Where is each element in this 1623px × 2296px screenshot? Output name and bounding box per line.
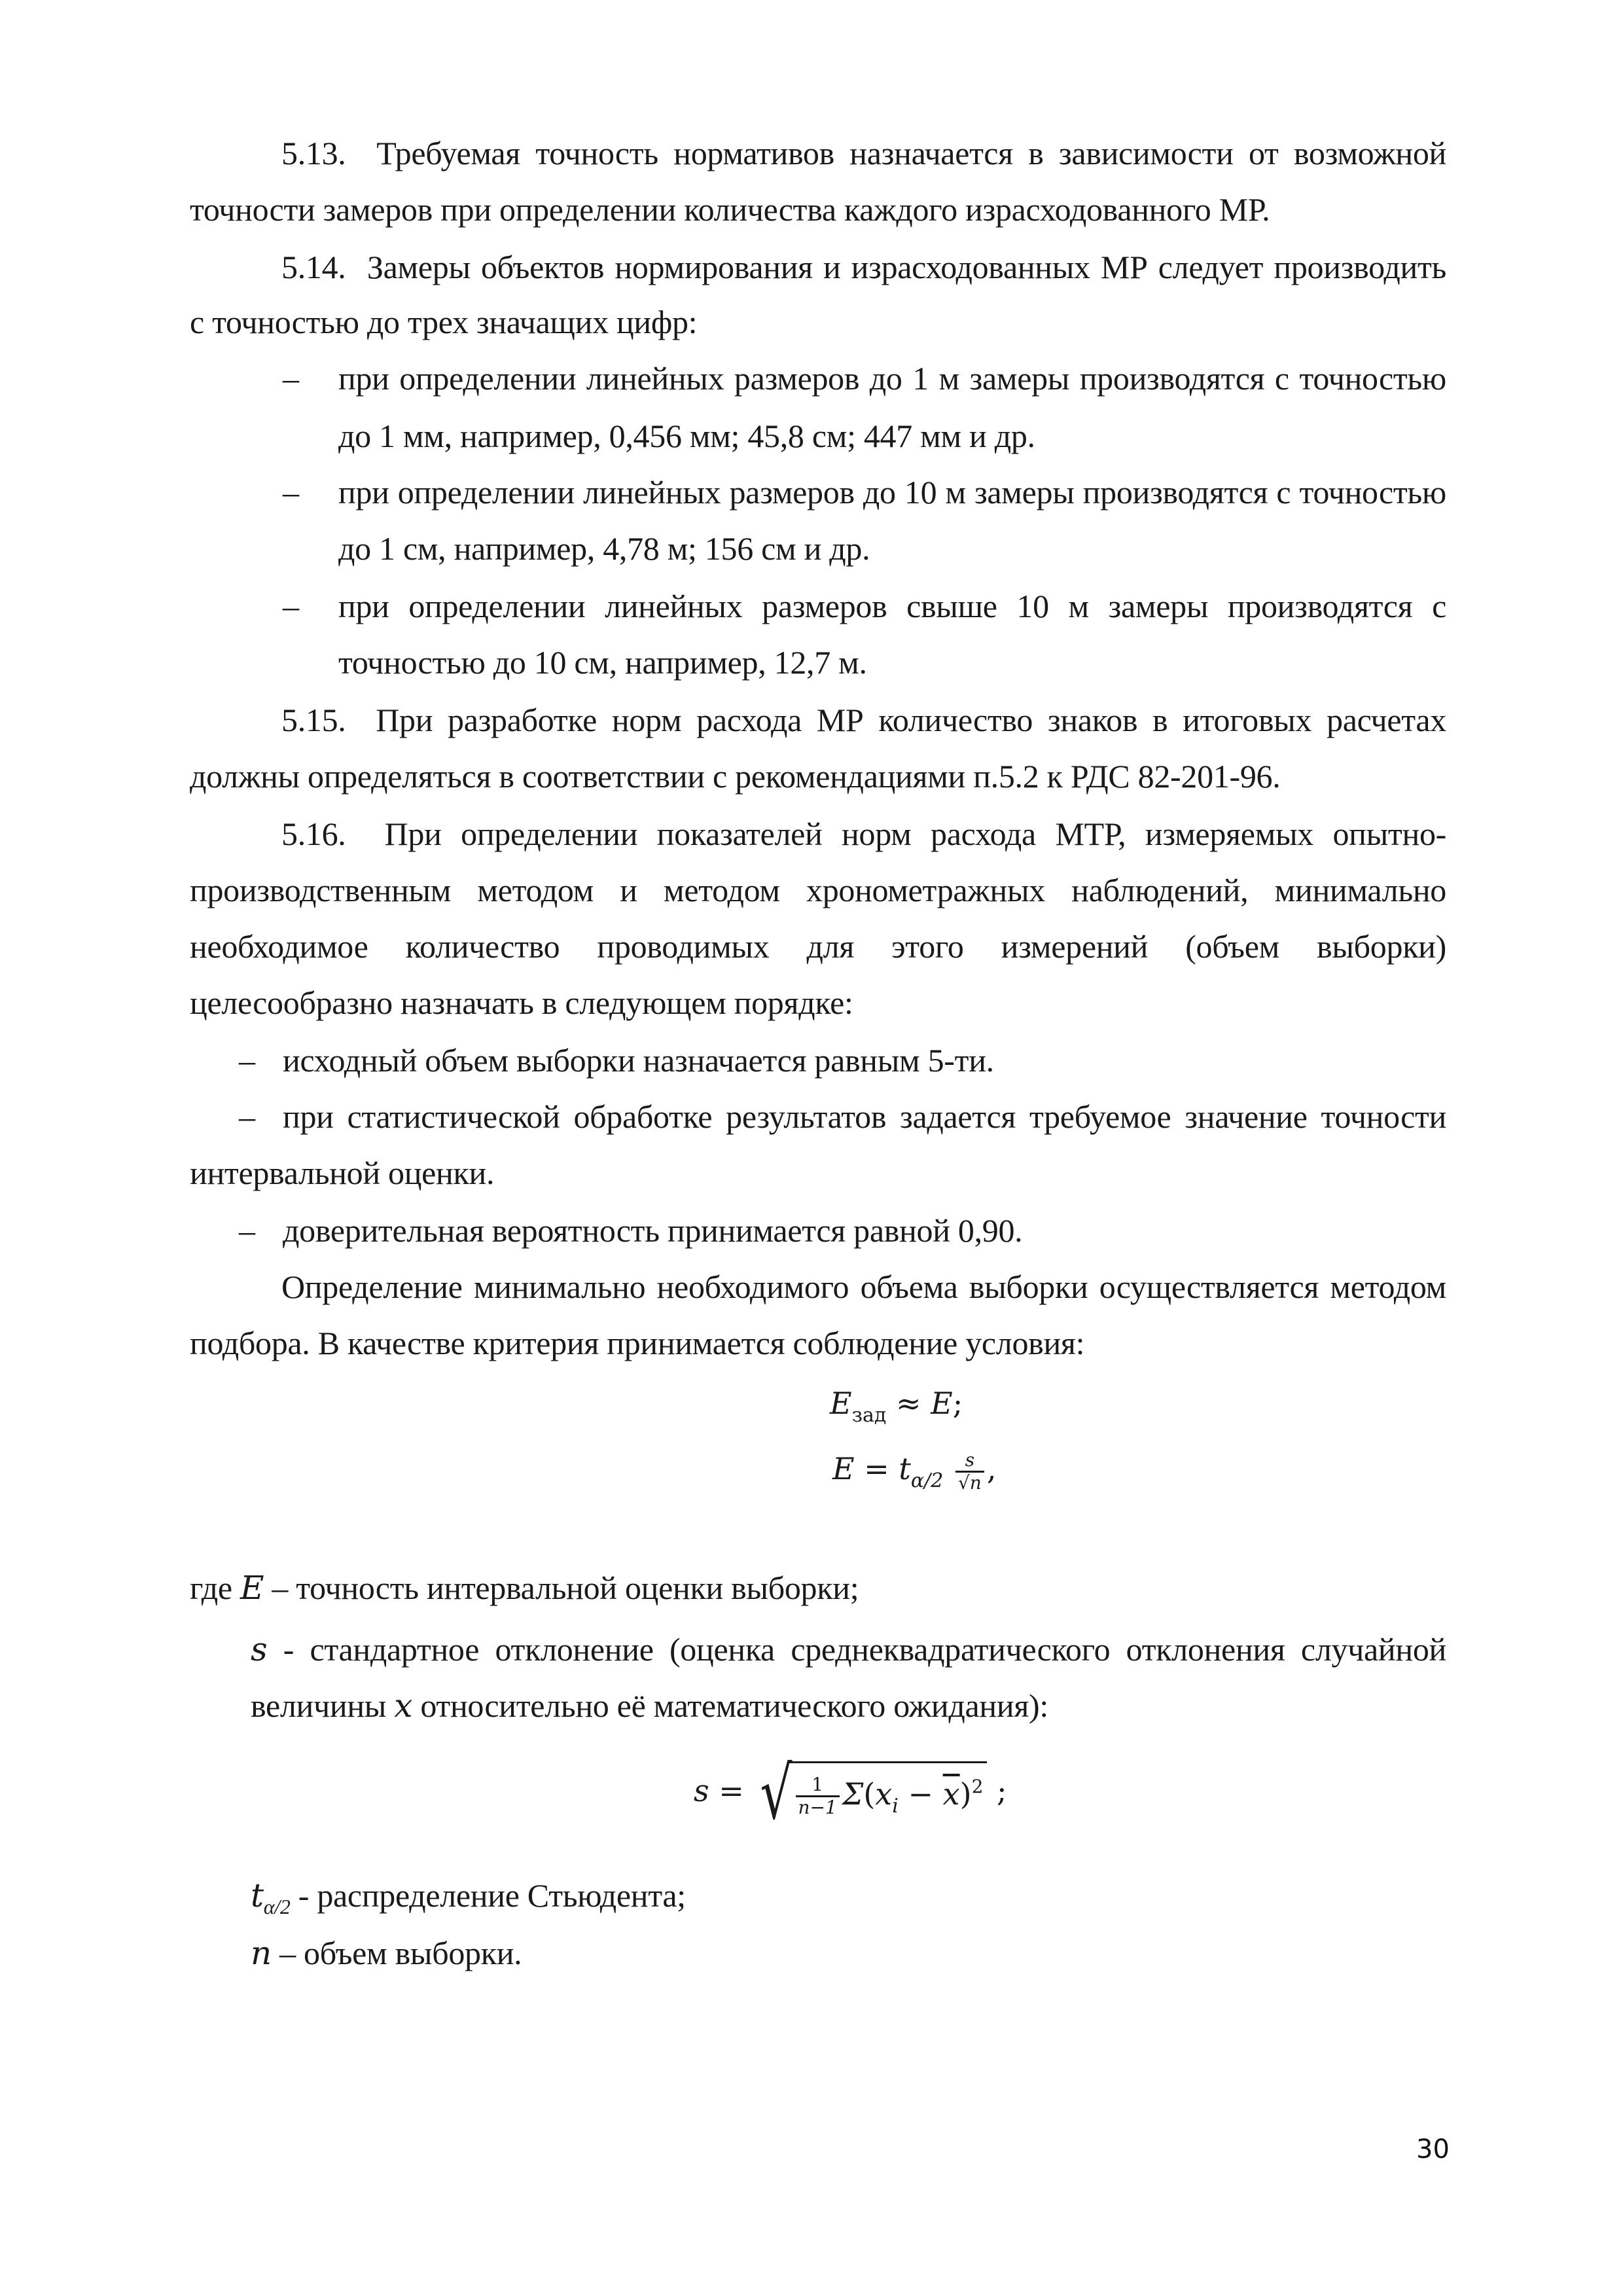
- definition-t: tα/2 - распределение Стьюдента;: [251, 1876, 686, 1926]
- dash-bullet: –: [239, 1097, 255, 1136]
- bullet-initial-sample: исходный объем выборки назначается равны…: [283, 1041, 994, 1080]
- section-number: 5.13.: [281, 135, 346, 171]
- bullet-1-line-1: при определении линейных размеров до 1 м…: [338, 359, 1446, 398]
- dash-bullet: –: [239, 1211, 255, 1250]
- dash-bullet: –: [239, 1041, 255, 1080]
- bullet-precision-line-2: интервальной оценки.: [190, 1153, 494, 1193]
- dash-bullet: –: [283, 473, 299, 512]
- paragraph-5-15-line-1: 5.15. При разработке норм расхода МР кол…: [281, 700, 1446, 740]
- paragraph-5-13-line-1: 5.13. Требуемая точность нормативов назн…: [281, 134, 1446, 173]
- dash-bullet: –: [283, 359, 299, 398]
- definition-n: n – объем выборки.: [251, 1933, 522, 1973]
- definition-s-line-2: величины x относительно её математическо…: [251, 1686, 1048, 1725]
- dash-bullet: –: [283, 586, 299, 626]
- fraction: 1 n−1: [796, 1774, 840, 1818]
- paragraph-5-15-line-2: должны определяться в соответствии с рек…: [190, 757, 1280, 796]
- bullet-3-line-2: точностью до 10 см, например, 12,7 м.: [338, 643, 867, 682]
- paragraph-5-14-line-2: с точностью до трех значащих цифр:: [190, 302, 697, 342]
- paragraph-5-16-line-3: необходимое количество проводимых для эт…: [190, 927, 1446, 966]
- formula-precision: E = tα/2 s √n ,: [832, 1449, 996, 1501]
- bullet-2-line-1: при определении линейных размеров до 10 …: [338, 473, 1446, 512]
- bullet-confidence: доверительная вероятность принимается ра…: [283, 1211, 1022, 1250]
- paragraph-5-16-line-1: 5.16. При определении показателей норм р…: [281, 814, 1446, 853]
- paragraph-5-16-line-2: производственным методом и методом хроно…: [190, 870, 1446, 910]
- bullet-precision-line-1: при статистической обработке результатов…: [283, 1097, 1446, 1136]
- paragraph-5-16-line-4: целесообразно назначать в следующем поря…: [190, 983, 853, 1022]
- formula-std-deviation: s = √ 1 n−1 Σ(xi − x)2 ;: [694, 1761, 1007, 1826]
- page-number: 30: [1416, 2134, 1450, 2165]
- formula-condition: Eзад ≈ E;: [830, 1384, 963, 1435]
- bullet-1-line-2: до 1 мм, например, 0,456 мм; 45,8 см; 44…: [338, 416, 1035, 456]
- bullet-3-line-1: при определении линейных размеров свыше …: [338, 586, 1446, 626]
- definition-E: где E – точность интервальной оценки выб…: [190, 1568, 859, 1607]
- paragraph-5-13-line-2: точности замеров при определении количес…: [190, 190, 1270, 229]
- bullet-2-line-2: до 1 см, например, 4,78 м; 156 см и др.: [338, 529, 870, 568]
- radical-sign-icon: √: [760, 1761, 793, 1826]
- square-root: √ 1 n−1 Σ(xi − x)2: [753, 1761, 987, 1826]
- definition-s-line-1: s - стандартное отклонение (оценка средн…: [251, 1630, 1446, 1669]
- method-line-2: подбора. В качестве критерия принимается…: [190, 1323, 1084, 1363]
- section-number: 5.16.: [281, 816, 346, 852]
- document-page: 5.13. Требуемая точность нормативов назн…: [0, 0, 1623, 2296]
- fraction: s √n: [955, 1450, 984, 1494]
- paragraph-5-14-line-1: 5.14. Замеры объектов нормирования и изр…: [281, 247, 1446, 287]
- method-line-1: Определение минимально необходимого объе…: [281, 1267, 1446, 1306]
- section-number: 5.15.: [281, 702, 346, 738]
- section-number: 5.14.: [281, 249, 346, 285]
